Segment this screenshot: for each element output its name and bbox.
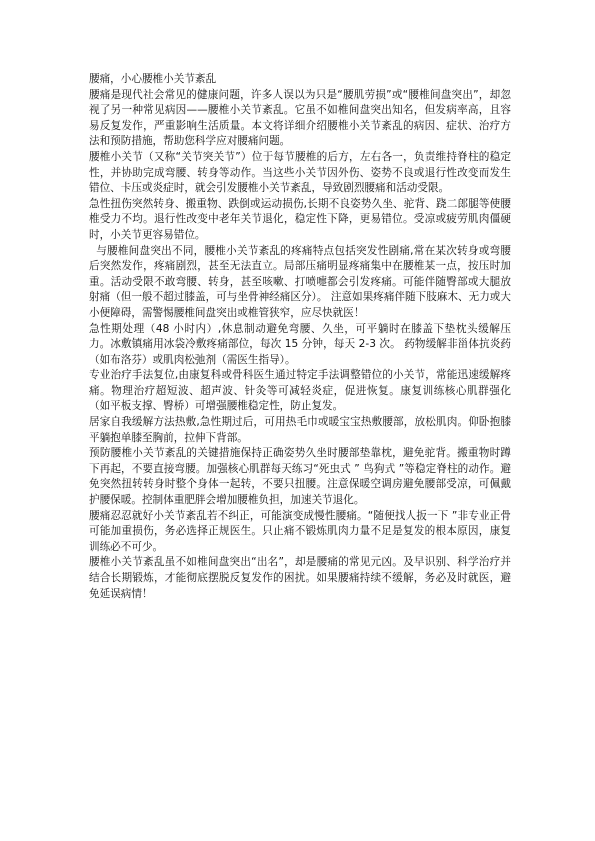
paragraph-anatomy: 腰椎小关节（又称“关节突关节”）位于每节腰椎的后方，左右各一，负责维持脊柱的稳定…: [89, 150, 511, 197]
document-body: 腰痛，小心腰椎小关节紊乱 腰痛是现代社会常见的健康问题，许多人误以为只是“腰肌劳…: [89, 72, 511, 602]
paragraph-misconceptions: 腰痛忍忍就好小关节紊乱若不纠正，可能演变成慢性腰痛。“随便找人扳一下 ”非专业正…: [89, 509, 511, 556]
paragraph-acute-treatment: 急性期处理（48 小时内）,休息制动避免弯腰、久坐，可平躺时在膝盖下垫枕头缓解压…: [89, 322, 511, 369]
paragraph-causes: 急性扭伤突然转身、搬重物、跌倒或运动损伤,长期不良姿势久坐、驼背、跷二郎腿等使腰…: [89, 197, 511, 244]
document-title: 腰痛，小心腰椎小关节紊乱: [89, 72, 511, 88]
paragraph-symptoms: 与腰椎间盘突出不同，腰椎小关节紊乱的疼痛特点包括突发性剧痛,常在某次转身或弯腰后…: [89, 244, 511, 322]
paragraph-professional-treatment: 专业治疗手法复位,由康复科或骨科医生通过特定手法调整错位的小关节，常能迅速缓解疼…: [89, 368, 511, 415]
paragraph-conclusion: 腰椎小关节紊乱虽不如椎间盘突出“出名”，却是腰痛的常见元凶。及早识别、科学治疗并…: [89, 555, 511, 602]
paragraph-home-relief: 居家自我缓解方法热敷,急性期过后，可用热毛巾或暖宝宝热敷腰部，放松肌肉。仰卧抱膝…: [89, 415, 511, 446]
paragraph-prevention: 预防腰椎小关节紊乱的关键措施保持正确姿势久坐时腰部垫靠枕，避免驼背。搬重物时蹲下…: [89, 446, 511, 508]
paragraph-intro: 腰痛是现代社会常见的健康问题，许多人误以为只是“腰肌劳损”或“腰椎间盘突出”，却…: [89, 88, 511, 150]
